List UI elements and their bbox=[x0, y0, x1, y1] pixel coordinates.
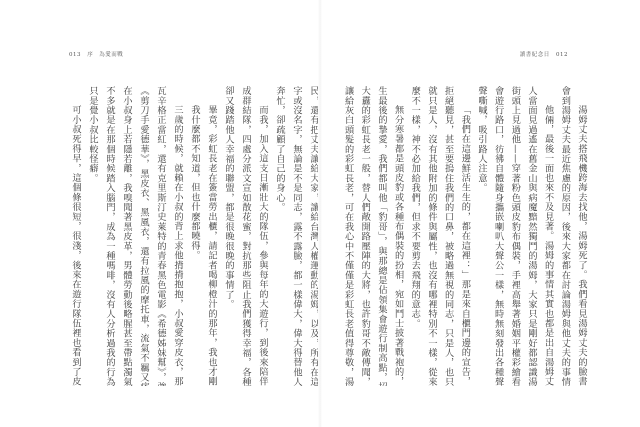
right-book-title: 讀書紀念日 bbox=[520, 52, 550, 58]
text-column: 成群結隊，四處分派文宣如散花蜜，對抗那些阻止我們獲得幸福，各種以幸福為名 bbox=[237, 86, 254, 386]
text-column: 《剪刀手愛德華》，黑皮衣、黑風衣，還有拉風的摩托車，流氣不羈又痞壞的形象 bbox=[135, 86, 152, 386]
text-column: 卻又踐踏他人幸福的聯盟，都是很晚很晚的事情了。 bbox=[220, 86, 237, 386]
text-column: 只是覺小叔比較怪癖。 bbox=[84, 86, 101, 386]
text-column: 就只是人，沒有其他附加的條件與屬性，也沒有哪裡特別不一樣，從來不奢求要什 bbox=[423, 86, 440, 386]
left-page: 013 序 為愛而戰 民，還有把丈夫讓給大家，讓給台灣人權運動的湯姆，以及，所有… bbox=[0, 0, 320, 427]
text-column: 人當面見過遙在舊金山與病魔黯然獨鬥的湯姆，大家只是剛好都認識湯姆丈夫，在 bbox=[523, 86, 540, 386]
right-page-number: 012 bbox=[556, 52, 568, 58]
text-column: 他倆，最後一面也來不及見著。湯姆的事情其實也都是出自湯姆丈夫口中，沒 bbox=[540, 86, 557, 386]
text-column: 街頭上見過他——穿著粉色頭皮豹布偶裝，手裡高舉著婚姻平權彩繪看板，站在集 bbox=[507, 86, 524, 386]
right-text-block: 湯姆丈夫搭飛機跨海去找他，湯姆死了。我們看見湯姆丈夫的臉書貼文，才意 會到湯姆丈… bbox=[340, 86, 590, 386]
left-page-number: 013 bbox=[69, 52, 81, 58]
text-column: 麼不一樣，神不必加給我們，但求不要剪去飛翔的意志。 bbox=[407, 86, 424, 386]
text-column: 字或沒名字，無論是不是同志，露不露臉，都一樣偉大，偉大得替他人的福祉著想 bbox=[288, 86, 305, 386]
text-column: 三歲的時候，就賴在小叔的背上求他揹揹抱抱，小叔愛穿皮衣，那個年代阿諾史 bbox=[169, 86, 186, 386]
text-column: 聲嘶喊，吸引路人注意。 bbox=[473, 86, 490, 386]
left-chapter-title: 序 為愛而戰 bbox=[87, 52, 123, 58]
text-column: 畢竟，彩虹長老在簽當勞出櫃，請記者喝柳橙汁的那年，我也才剛出生。 bbox=[203, 86, 220, 386]
text-column: 會遊行路口，彷彿自體隨身攜嵌喇叭大聲公一樣，無時無刻發出各種聲響，或用肉 bbox=[490, 86, 507, 386]
text-column: 大纛的彩虹長老一般，替人們敞開路壓陣的大將，也許豹哥不敵傳聞，總是把鎂頭 bbox=[357, 86, 374, 386]
text-column: 讓給灰白頭髮的彩虹長老，可在我心中不僅僅是彩虹長老值得尊敬，湯姆的丈夫豹 bbox=[340, 86, 357, 386]
text-column: 不多就是在那個時候踏入腦門，成為一種嗎啡，沒有人分析過我的行為，長輩都沒 bbox=[101, 86, 118, 386]
text-column: 可小叔死得早，這個條很短，很淺，後來在遊行隊伍裡也看到了皮革軍團，由 bbox=[67, 86, 84, 386]
text-column: 生最後的摯愛，我們都叫他「豹哥」，與那總是佔領集會遊行制高點，招搖著六色 bbox=[373, 86, 390, 386]
left-running-head: 013 序 為愛而戰 bbox=[65, 50, 123, 58]
text-column: 而我，加入這支日漸壯大的隊伍，參與每年的大遊行，到後來陪伴平權小蜜蜂 bbox=[254, 86, 271, 386]
text-column: 「我們在這邊鮮活生生的，都在這裡：」那是來自櫃門邊的宣告，有些人選擇 bbox=[457, 86, 474, 386]
right-page: 讀書紀念日 012 湯姆丈夫搭飛機跨海去找他，湯姆死了。我們看見湯姆丈夫的臉書貼… bbox=[320, 0, 640, 427]
book-spread: 013 序 為愛而戰 民，還有把丈夫讓給大家，讓給台灣人權運動的湯姆，以及，所有… bbox=[0, 0, 640, 427]
text-column: 在小叔身上若隱若離，我嗅聞著黑皮革，男體勞動後略腥甚至帶點濁氣的芳醇，差 bbox=[118, 86, 135, 386]
text-column: 會到湯姆丈夫最近焦慮的原因，後來大家都在討論湯姆與他丈夫的事情。 bbox=[557, 86, 574, 386]
text-column: 湯姆丈夫搭飛機跨海去找他，湯姆死了。我們看見湯姆丈夫的臉書貼文，才意 bbox=[573, 86, 590, 386]
text-column: 拒絕聽見，甚至要摀住我們的口鼻，被略過無視的同志，只是人，也只是人，同志 bbox=[440, 86, 457, 386]
text-column: 無分寒暑都是頭皮豹或各種布偶裝的扮相，宛如鬥士披著戰袍的，就是湯姆此 bbox=[390, 86, 407, 386]
text-column: 我什麼都不知道，但也什麼都曉得。 bbox=[186, 86, 203, 386]
text-column: 瓦辛格正當紅，還有克里斯汀史萊特的青春黑色電影《希德姊妹幫》，強尼戴普的 bbox=[152, 86, 169, 386]
left-text-block: 民，還有把丈夫讓給大家，讓給台灣人權運動的湯姆，以及，所有在這條路上有名 字或沒… bbox=[60, 86, 322, 386]
right-running-head: 讀書紀念日 012 bbox=[520, 50, 572, 58]
text-column: 奔忙，卻疏顧了自己的身心。 bbox=[271, 86, 288, 386]
